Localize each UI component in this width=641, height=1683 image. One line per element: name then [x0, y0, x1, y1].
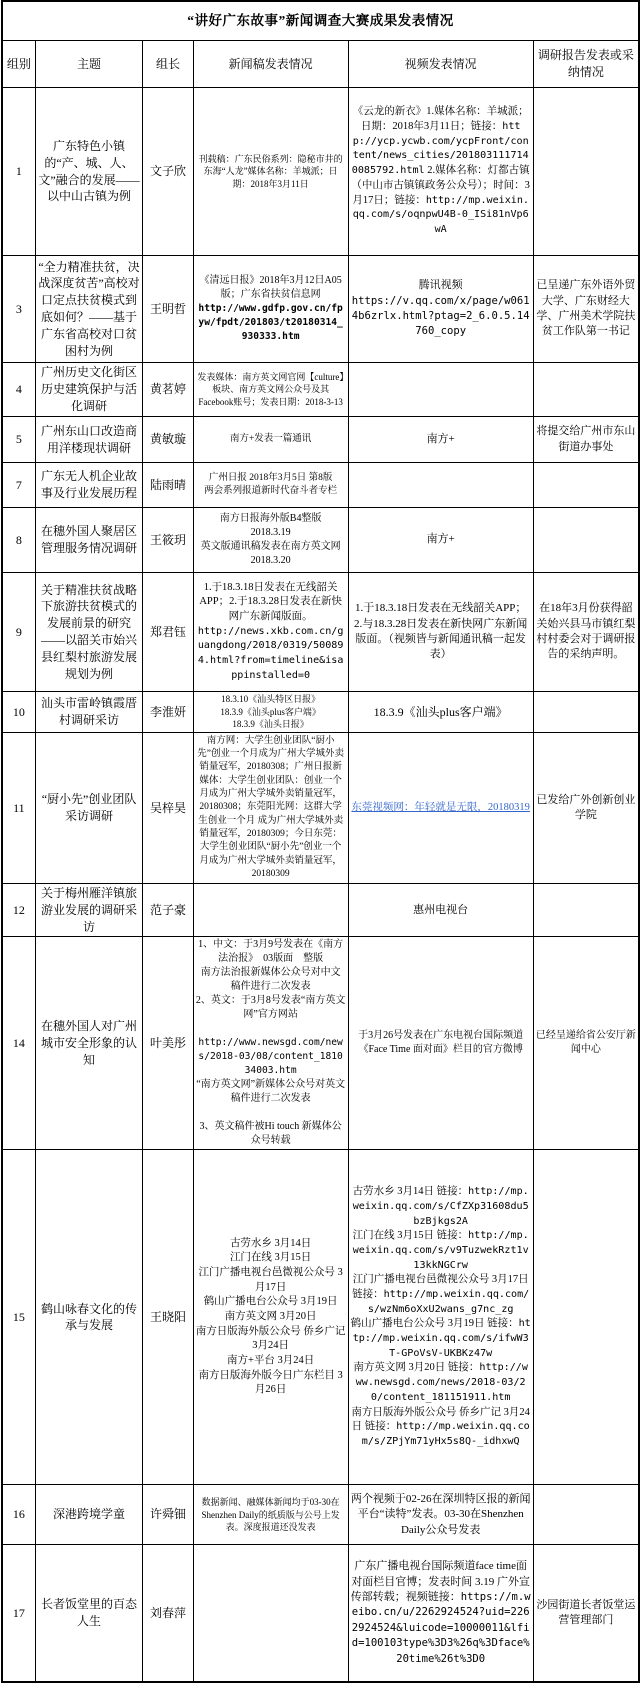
- cell-video-status: [348, 463, 533, 508]
- url-text: http://mp.weixin.qq.com/s/v9TuzwekRzt1v1…: [353, 1230, 529, 1270]
- cell-leader-name: 叶美彤: [143, 937, 193, 1150]
- cell-topic: “厨小先”创业团队采访调研: [35, 733, 143, 884]
- url-text: http://ycp.ycwb.com/ycpFront/content/new…: [352, 121, 529, 176]
- cell-leader-name: 吴梓昊: [143, 733, 193, 884]
- cell-report-status: [533, 508, 639, 573]
- table-row: 5广州东山口改造商用洋楼现状调研黄敏璇南方+发表一篇通讯南方+将提交给广州市东山…: [2, 417, 639, 463]
- cell-group-number: 16: [2, 1485, 35, 1545]
- cell-news-status: [193, 1545, 348, 1682]
- cell-report-status: 已发给广外创新创业学院: [533, 733, 639, 884]
- cell-video-status: 广东广播电视台国际频道face time面对面栏目官博；发表时间 3.19 广外…: [348, 1545, 533, 1682]
- cell-video-status: 古劳水乡 3月14日 链接：http://mp.weixin.qq.com/s/…: [348, 1150, 533, 1485]
- table-row: 9关于精准扶贫战略下旅游扶贫模式的发展前景的研究——以韶关市始兴县红梨村旅游发展…: [2, 573, 639, 692]
- table-row: 11“厨小先”创业团队采访调研吴梓昊南方网：大学生创业团队“厨小先”创业一个月成…: [2, 733, 639, 884]
- col-header-leader: 组长: [143, 41, 193, 88]
- cell-topic: 汕头市雷岭镇霞厝村调研采访: [35, 692, 143, 733]
- cell-group-number: 7: [2, 463, 35, 508]
- table-row: 3“全力精准扶贫，决战深度贫苦”高校对口定点扶贫模式到底如何？——基于广东省高校…: [2, 256, 639, 363]
- col-header-group: 组别: [2, 41, 35, 88]
- cell-report-status: [533, 1150, 639, 1485]
- table-row: 12关于梅州雁洋镇旅游业发展的调研采访范子豪惠州电视台: [2, 884, 639, 937]
- cell-news-status: 1.于18.3.18日发表在无线韶关APP；2.于18.3.28日发表在新快网广…: [193, 573, 348, 692]
- cell-topic: 鹤山咏春文化的传承与发展: [35, 1150, 143, 1485]
- cell-topic: 广州东山口改造商用洋楼现状调研: [35, 417, 143, 463]
- cell-group-number: 5: [2, 417, 35, 463]
- cell-video-status: 南方+: [348, 508, 533, 573]
- cell-news-status: 数据新闻、融媒体新闻均于03-30在Shenzhen Daily的纸质版与公号上…: [193, 1485, 348, 1545]
- cell-leader-name: 刘春萍: [143, 1545, 193, 1682]
- cell-news-status: 18.3.10《汕头特区日报》18.3.9《汕头plus客户端》18.3.9《汕…: [193, 692, 348, 733]
- cell-group-number: 8: [2, 508, 35, 573]
- col-header-report: 调研报告发表或采纳情况: [533, 41, 639, 88]
- cell-topic: 关于梅州雁洋镇旅游业发展的调研采访: [35, 884, 143, 937]
- cell-report-status: [533, 1485, 639, 1545]
- cell-group-number: 15: [2, 1150, 35, 1485]
- results-table: “讲好广东故事”新闻调查大赛成果发表情况 组别 主题 组长 新闻稿发表情况 视频…: [1, 0, 640, 1683]
- cell-report-status: 已呈递广东外语外贸大学、广东财经大学、广州美术学院扶贫工作队第一书记: [533, 256, 639, 363]
- cell-report-status: 将提交给广州市东山街道办事处: [533, 417, 639, 463]
- cell-video-status: [348, 363, 533, 417]
- cell-group-number: 10: [2, 692, 35, 733]
- cell-video-status: 18.3.9《汕头plus客户端》: [348, 692, 533, 733]
- video-link[interactable]: 东莞视频网：年轻就是无限，20180319: [351, 802, 530, 813]
- table-row: 15鹤山咏春文化的传承与发展王晓阳古劳水乡 3月14日江门在线 3月15日江门广…: [2, 1150, 639, 1485]
- table-row: 10汕头市雷岭镇霞厝村调研采访李淮妍18.3.10《汕头特区日报》18.3.9《…: [2, 692, 639, 733]
- header-row: 组别 主题 组长 新闻稿发表情况 视频发表情况 调研报告发表或采纳情况: [2, 41, 639, 88]
- cell-video-status: 两个视频于02-26在深圳特区报的新闻平台“读特”发表。03-30在Shenzh…: [348, 1485, 533, 1545]
- cell-leader-name: 郑君钰: [143, 573, 193, 692]
- cell-leader-name: 王筱玥: [143, 508, 193, 573]
- url-text: http://mp.weixin.qq.com/s/oqnpwU4B-0_ISi…: [353, 195, 529, 235]
- cell-topic: “全力精准扶贫，决战深度贫苦”高校对口定点扶贫模式到底如何？——基于广东省高校对…: [35, 256, 143, 363]
- table-row: 1广东特色小镇的“产、城、人、文”融合的发展——以中山古镇为例文子欣刊载稿：广东…: [2, 88, 639, 256]
- cell-leader-name: 黄茗婷: [143, 363, 193, 417]
- col-header-news: 新闻稿发表情况: [193, 41, 348, 88]
- table-row: 7广东无人机企业故事及行业发展历程陆雨晴广州日报 2018年3月5日 第8版两会…: [2, 463, 639, 508]
- table-row: 17长者饭堂里的百态人生刘春萍广东广播电视台国际频道face time面对面栏目…: [2, 1545, 639, 1682]
- cell-video-status: 于3月26号发表在广东电视台国际频道《Face Time 面对面》栏目的官方微博: [348, 937, 533, 1150]
- url-text: http://www.newsgd.com/news/2018-03/08/co…: [198, 1037, 342, 1076]
- cell-group-number: 9: [2, 573, 35, 692]
- url-text: https://m.weibo.cn/u/2262924524?uid=2262…: [352, 1591, 531, 1665]
- cell-topic: 在穗外国人聚居区管理服务情况调研: [35, 508, 143, 573]
- cell-topic: 深港跨境学童: [35, 1485, 143, 1545]
- cell-group-number: 1: [2, 88, 35, 256]
- cell-video-status: 腾讯视频https://v.qq.com/x/page/w0614b6zrlx.…: [348, 256, 533, 363]
- url-text: http://www.gdfp.gov.cn/fpyw/fpdt/201803/…: [198, 303, 342, 342]
- url-text: http://mp.weixin.qq.com/s/ifwW3T-GPoVsV-…: [353, 1318, 531, 1358]
- cell-leader-name: 文子欣: [143, 88, 193, 256]
- cell-leader-name: 王明哲: [143, 256, 193, 363]
- cell-video-status: 惠州电视台: [348, 884, 533, 937]
- cell-report-status: [533, 88, 639, 256]
- cell-leader-name: 黄敏璇: [143, 417, 193, 463]
- cell-report-status: 沙园街道长者饭堂运营管理部门: [533, 1545, 639, 1682]
- cell-news-status: 南方+发表一篇通讯: [193, 417, 348, 463]
- cell-leader-name: 范子豪: [143, 884, 193, 937]
- cell-video-status: 1.于18.3.18日发表在无线韶关APP；2.与18.3.28日发表在新快网广…: [348, 573, 533, 692]
- cell-video-status: 南方+: [348, 417, 533, 463]
- cell-report-status: [533, 463, 639, 508]
- cell-topic: 广州历史文化街区历史建筑保护与活化调研: [35, 363, 143, 417]
- cell-news-status: 古劳水乡 3月14日江门在线 3月15日江门广播电视台邑微视公众号 3月17日鹤…: [193, 1150, 348, 1485]
- cell-group-number: 4: [2, 363, 35, 417]
- title-row: “讲好广东故事”新闻调查大赛成果发表情况: [2, 1, 639, 41]
- cell-group-number: 14: [2, 937, 35, 1150]
- cell-report-status: 已经呈递给省公安厅新闻中心: [533, 937, 639, 1150]
- cell-group-number: 11: [2, 733, 35, 884]
- cell-topic: 广东无人机企业故事及行业发展历程: [35, 463, 143, 508]
- cell-leader-name: 陆雨晴: [143, 463, 193, 508]
- cell-leader-name: 许舜钿: [143, 1485, 193, 1545]
- url-text: http://news.xkb.com.cn/guangdong/2018/03…: [198, 626, 344, 681]
- table-row: 14在穗外国人对广州城市安全形象的认知叶美彤1、中文：于3月9号发表在《南方法治…: [2, 937, 639, 1150]
- cell-news-status: 1、中文：于3月9号发表在《南方法治报》 03版面 整版南方法治报新媒体公众号对…: [193, 937, 348, 1150]
- cell-topic: 关于精准扶贫战略下旅游扶贫模式的发展前景的研究——以韶关市始兴县红梨村旅游发展规…: [35, 573, 143, 692]
- cell-news-status: 发表媒体：南方英文网官网【culture】板块、南方英文网公众号及其Facebo…: [193, 363, 348, 417]
- cell-topic: 在穗外国人对广州城市安全形象的认知: [35, 937, 143, 1150]
- cell-news-status: 刊载稿：广东民俗系列：隐秘市井的东海“人龙”媒体名称：羊城派；日期：2018年3…: [193, 88, 348, 256]
- cell-report-status: 在18年3月份获得韶关始兴县马市镇红梨村村委会对于调研报告的采纳声明。: [533, 573, 639, 692]
- cell-news-status: 南方日报海外版B4整版2018.3.19英文版通讯稿发表在南方英文网2018.3…: [193, 508, 348, 573]
- cell-video-status: 《云龙的新衣》1.媒体名称：羊城派；日期：2018年3月11日；链接：http:…: [348, 88, 533, 256]
- col-header-topic: 主题: [35, 41, 143, 88]
- cell-news-status: 《清远日报》2018年3月12日A05版；广东省扶贫信息网http://www.…: [193, 256, 348, 363]
- table-row: 16深港跨境学童许舜钿数据新闻、融媒体新闻均于03-30在Shenzhen Da…: [2, 1485, 639, 1545]
- col-header-video: 视频发表情况: [348, 41, 533, 88]
- page-title: “讲好广东故事”新闻调查大赛成果发表情况: [2, 1, 639, 41]
- cell-news-status: 广州日报 2018年3月5日 第8版两会系列报道新时代奋斗者专栏: [193, 463, 348, 508]
- url-text: http://mp.weixin.qq.com/s/ZPjYm71yHx5s8Q…: [362, 1421, 530, 1447]
- url-text: http://www.newsgd.com/news/2018-03/20/co…: [356, 1362, 528, 1402]
- cell-leader-name: 李淮妍: [143, 692, 193, 733]
- cell-news-status: [193, 884, 348, 937]
- url-text: http://mp.weixin.qq.com/s/CfZXp31608du5b…: [353, 1186, 529, 1226]
- cell-report-status: [533, 363, 639, 417]
- cell-group-number: 3: [2, 256, 35, 363]
- cell-leader-name: 王晓阳: [143, 1150, 193, 1485]
- document-sheet: “讲好广东故事”新闻调查大赛成果发表情况 组别 主题 组长 新闻稿发表情况 视频…: [0, 0, 641, 1683]
- url-text: http://mp.weixin.qq.com/s/wzNm6oXxU2wans…: [368, 1289, 529, 1315]
- cell-news-status: 南方网：大学生创业团队“厨小先”创业一个月成为广州大学城外卖销量冠军，20180…: [193, 733, 348, 884]
- cell-group-number: 12: [2, 884, 35, 937]
- cell-group-number: 17: [2, 1545, 35, 1682]
- table-row: 8在穗外国人聚居区管理服务情况调研王筱玥南方日报海外版B4整版2018.3.19…: [2, 508, 639, 573]
- cell-report-status: [533, 884, 639, 937]
- url-text: https://v.qq.com/x/page/w0614b6zrlx.html…: [352, 295, 530, 338]
- cell-video-status[interactable]: 东莞视频网：年轻就是无限，20180319: [348, 733, 533, 884]
- cell-topic: 广东特色小镇的“产、城、人、文”融合的发展——以中山古镇为例: [35, 88, 143, 256]
- cell-topic: 长者饭堂里的百态人生: [35, 1545, 143, 1682]
- cell-report-status: [533, 692, 639, 733]
- table-row: 4广州历史文化街区历史建筑保护与活化调研黄茗婷发表媒体：南方英文网官网【cult…: [2, 363, 639, 417]
